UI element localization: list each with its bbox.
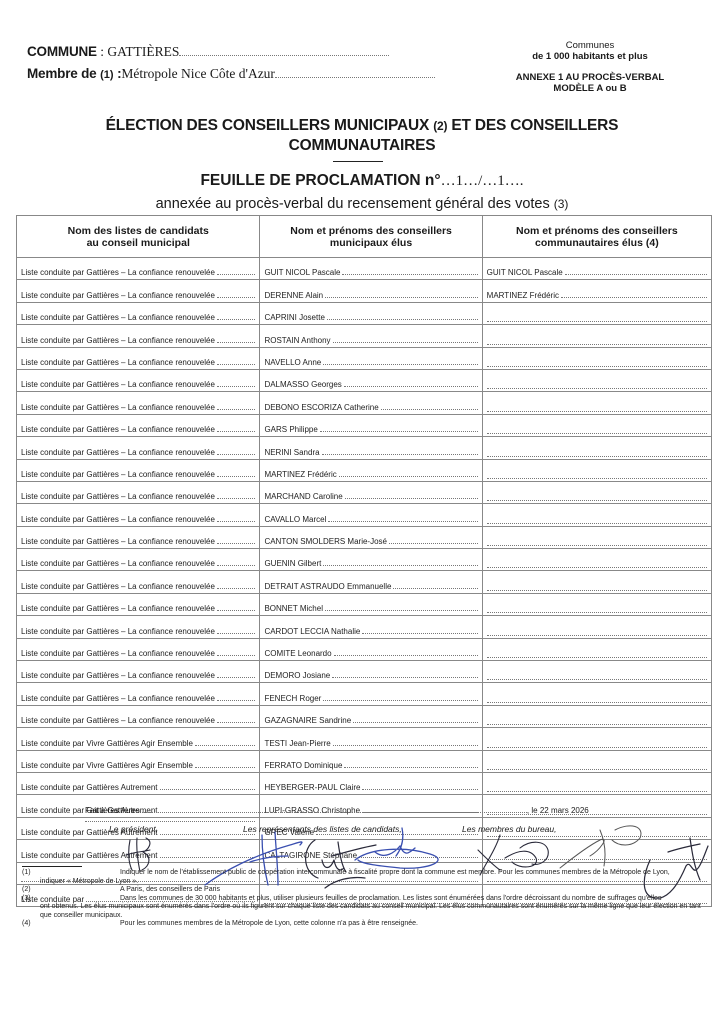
footnote: (1)Indiquer le nom de l'établissement pu… bbox=[22, 869, 712, 886]
footnote: (3)Dans les communes de 30 000 habitants… bbox=[22, 895, 712, 921]
footnotes: (1)Indiquer le nom de l'établissement pu… bbox=[22, 869, 712, 929]
footnote-divider bbox=[22, 866, 82, 867]
signature-president bbox=[126, 838, 150, 872]
footnote: (4)Pour les communes membres de la Métro… bbox=[22, 920, 712, 929]
footnote: (2)A Paris, des conseillers de Paris bbox=[22, 886, 712, 895]
signature-membre-2 bbox=[560, 826, 641, 868]
signature-representant-3 bbox=[355, 828, 438, 868]
